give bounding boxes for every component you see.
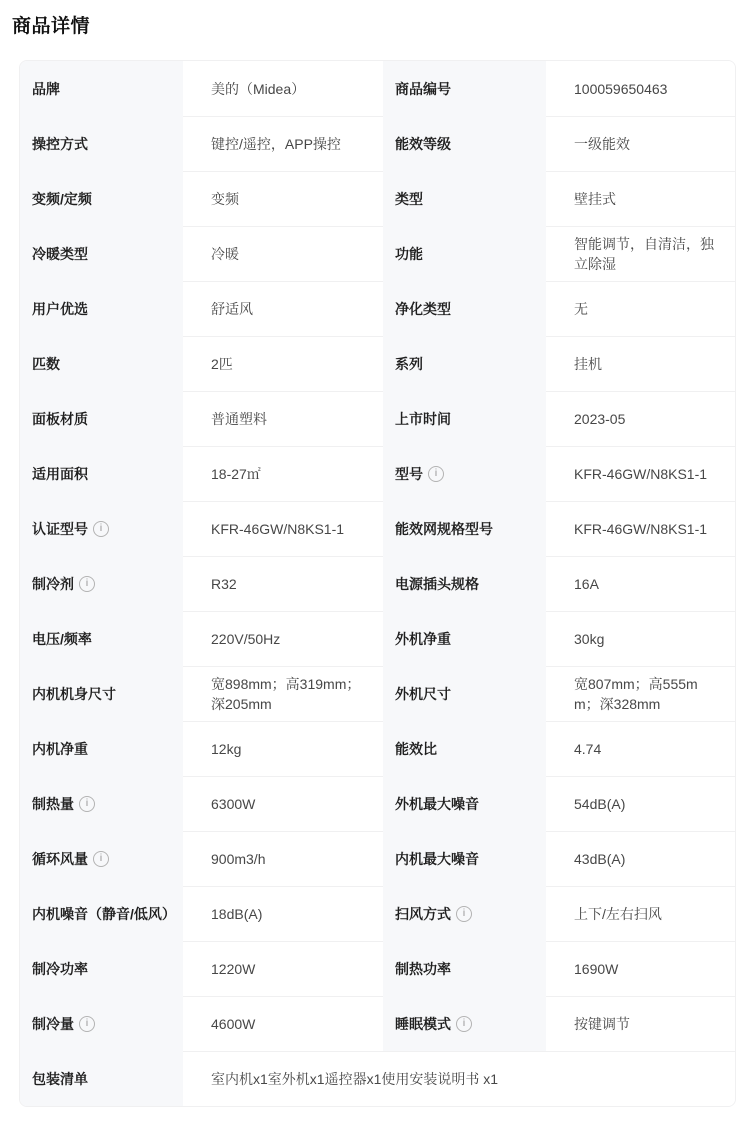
spec-value: 4.74: [546, 721, 735, 776]
spec-label: 制热量i: [20, 776, 183, 831]
spec-label-text: 型号: [395, 464, 423, 484]
spec-label-text: 内机机身尺寸: [32, 684, 116, 704]
spec-label: 变频/定频: [20, 171, 183, 226]
spec-label-text: 面板材质: [32, 409, 88, 429]
spec-label-text: 扫风方式: [395, 904, 451, 924]
spec-value: 30kg: [546, 611, 735, 666]
spec-value: 2023-05: [546, 391, 735, 446]
info-icon[interactable]: i: [79, 796, 95, 812]
spec-label: 净化类型: [383, 281, 546, 336]
spec-label: 电压/频率: [20, 611, 183, 666]
spec-value: 54dB(A): [546, 776, 735, 831]
spec-label-text: 商品编号: [395, 79, 451, 99]
spec-label: 适用面积: [20, 446, 183, 501]
spec-value: 美的（Midea）: [183, 61, 383, 116]
spec-value: 2匹: [183, 336, 383, 391]
spec-value: KFR-46GW/N8KS1-1: [183, 501, 383, 556]
spec-label: 睡眠模式i: [383, 996, 546, 1051]
spec-label-text: 系列: [395, 354, 423, 374]
spec-label: 外机最大噪音: [383, 776, 546, 831]
product-spec-table: 品牌美的（Midea）商品编号100059650463操控方式键控/遥控，APP…: [19, 60, 736, 1107]
spec-value: 舒适风: [183, 281, 383, 336]
spec-value: KFR-46GW/N8KS1-1: [546, 446, 735, 501]
spec-value: 冷暖: [183, 226, 383, 281]
spec-label: 制冷功率: [20, 941, 183, 996]
spec-label-text: 外机净重: [395, 629, 451, 649]
spec-label-text: 外机最大噪音: [395, 794, 479, 814]
spec-value: 宽898mm；高319mm；深205mm: [183, 666, 383, 721]
spec-value: 6300W: [183, 776, 383, 831]
spec-value: 100059650463: [546, 61, 735, 116]
spec-label-text: 制冷功率: [32, 959, 88, 979]
spec-value: 键控/遥控，APP操控: [183, 116, 383, 171]
spec-label-text: 能效网规格型号: [395, 519, 493, 539]
spec-value: KFR-46GW/N8KS1-1: [546, 501, 735, 556]
info-icon[interactable]: i: [79, 576, 95, 592]
spec-label: 内机噪音（静音/低风）: [20, 886, 183, 941]
spec-label: 能效比: [383, 721, 546, 776]
spec-value: 220V/50Hz: [183, 611, 383, 666]
spec-value: 宽807mm；高555mm；深328mm: [546, 666, 735, 721]
spec-label: 能效等级: [383, 116, 546, 171]
spec-label: 型号i: [383, 446, 546, 501]
spec-label-text: 匹数: [32, 354, 60, 374]
spec-label: 商品编号: [383, 61, 546, 116]
spec-value: 18-27㎡: [183, 446, 383, 501]
spec-label-text: 上市时间: [395, 409, 451, 429]
spec-label: 冷暖类型: [20, 226, 183, 281]
spec-label-text: 操控方式: [32, 134, 88, 154]
spec-value: 16A: [546, 556, 735, 611]
spec-label-text: 净化类型: [395, 299, 451, 319]
info-icon[interactable]: i: [93, 521, 109, 537]
spec-label: 外机尺寸: [383, 666, 546, 721]
spec-value: 上下/左右扫风: [546, 886, 735, 941]
spec-label-text: 内机噪音（静音/低风）: [32, 904, 175, 924]
spec-label: 制冷量i: [20, 996, 183, 1051]
spec-label: 操控方式: [20, 116, 183, 171]
spec-value: 1690W: [546, 941, 735, 996]
spec-label: 类型: [383, 171, 546, 226]
page-title: 商品详情: [12, 14, 750, 40]
spec-label-text: 冷暖类型: [32, 244, 88, 264]
spec-label: 制热功率: [383, 941, 546, 996]
spec-value: 普通塑料: [183, 391, 383, 446]
info-icon[interactable]: i: [428, 466, 444, 482]
info-icon[interactable]: i: [79, 1016, 95, 1032]
info-icon[interactable]: i: [456, 906, 472, 922]
spec-label: 面板材质: [20, 391, 183, 446]
spec-value: 18dB(A): [183, 886, 383, 941]
spec-label: 电源插头规格: [383, 556, 546, 611]
spec-value: 无: [546, 281, 735, 336]
spec-label-text: 电压/频率: [32, 629, 92, 649]
spec-label: 上市时间: [383, 391, 546, 446]
spec-label: 内机净重: [20, 721, 183, 776]
spec-label-text: 内机最大噪音: [395, 849, 479, 869]
spec-value: 室内机x1室外机x1遥控器x1使用安装说明书 x1: [183, 1051, 735, 1106]
spec-label-text: 用户优选: [32, 299, 88, 319]
spec-label: 系列: [383, 336, 546, 391]
info-icon[interactable]: i: [456, 1016, 472, 1032]
spec-label-text: 品牌: [32, 79, 60, 99]
product-detail-page: 商品详情 品牌美的（Midea）商品编号100059650463操控方式键控/遥…: [0, 14, 750, 1107]
info-icon[interactable]: i: [93, 851, 109, 867]
spec-label-text: 外机尺寸: [395, 684, 451, 704]
spec-label: 用户优选: [20, 281, 183, 336]
spec-label-text: 制冷剂: [32, 574, 74, 594]
spec-value: 一级能效: [546, 116, 735, 171]
spec-label-text: 变频/定频: [32, 189, 92, 209]
spec-label-text: 制冷量: [32, 1014, 74, 1034]
spec-label: 品牌: [20, 61, 183, 116]
spec-label: 能效网规格型号: [383, 501, 546, 556]
spec-label: 认证型号i: [20, 501, 183, 556]
spec-label-text: 能效比: [395, 739, 437, 759]
spec-label-text: 睡眠模式: [395, 1014, 451, 1034]
spec-label-text: 能效等级: [395, 134, 451, 154]
spec-label: 外机净重: [383, 611, 546, 666]
spec-label-text: 类型: [395, 189, 423, 209]
spec-label: 匹数: [20, 336, 183, 391]
spec-label-text: 适用面积: [32, 464, 88, 484]
spec-label-text: 制热功率: [395, 959, 451, 979]
spec-label: 制冷剂i: [20, 556, 183, 611]
spec-label-text: 认证型号: [32, 519, 88, 539]
spec-value: 按键调节: [546, 996, 735, 1051]
spec-value: 智能调节，自清洁，独立除湿: [546, 226, 735, 281]
spec-value: 900m3/h: [183, 831, 383, 886]
spec-label-text: 电源插头规格: [395, 574, 479, 594]
spec-value: 变频: [183, 171, 383, 226]
spec-label-text: 包装清单: [32, 1069, 88, 1089]
spec-label-text: 内机净重: [32, 739, 88, 759]
spec-label-text: 循环风量: [32, 849, 88, 869]
spec-label: 包装清单: [20, 1051, 183, 1106]
spec-label-text: 制热量: [32, 794, 74, 814]
spec-label: 循环风量i: [20, 831, 183, 886]
spec-value: 1220W: [183, 941, 383, 996]
spec-value: R32: [183, 556, 383, 611]
spec-value: 12kg: [183, 721, 383, 776]
spec-label-text: 功能: [395, 244, 423, 264]
spec-label: 功能: [383, 226, 546, 281]
spec-label: 扫风方式i: [383, 886, 546, 941]
spec-value: 4600W: [183, 996, 383, 1051]
spec-value: 挂机: [546, 336, 735, 391]
spec-label: 内机机身尺寸: [20, 666, 183, 721]
spec-value: 43dB(A): [546, 831, 735, 886]
spec-value: 壁挂式: [546, 171, 735, 226]
spec-label: 内机最大噪音: [383, 831, 546, 886]
